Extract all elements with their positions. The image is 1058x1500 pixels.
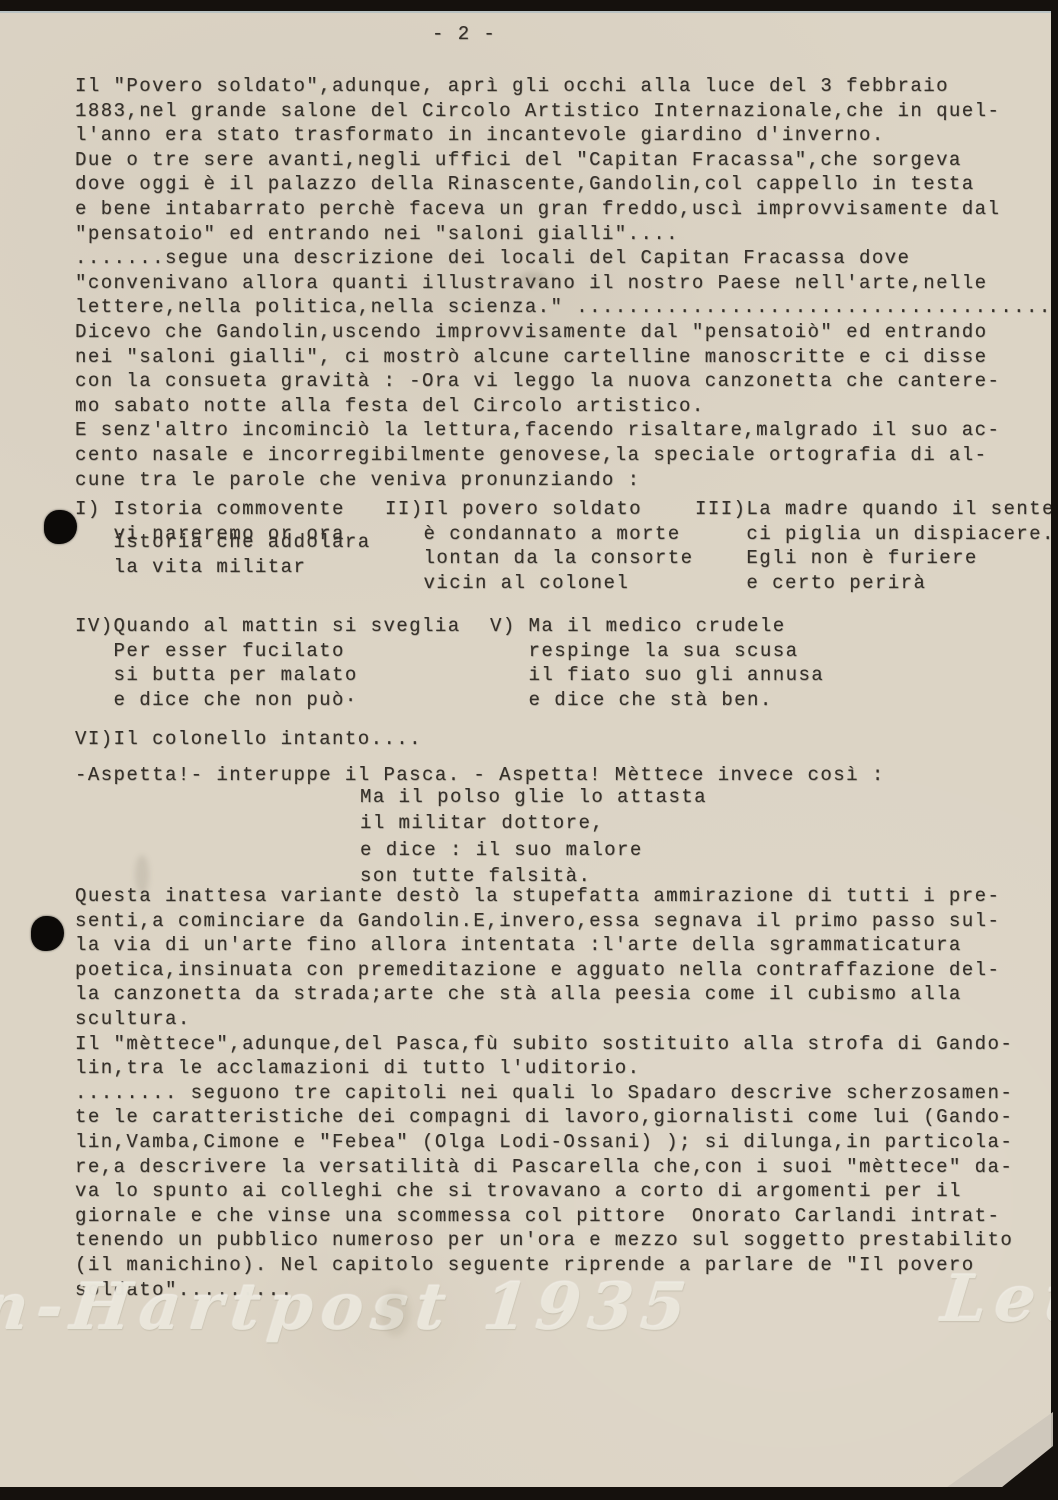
closing-paragraph: Questa inattesa variante destò la stupef… [75,884,1013,1302]
scan-edge-right [1051,0,1058,1500]
text-line: te le caratteristiche dei compagni di la… [75,1105,1013,1130]
paper-smudge [380,1290,410,1336]
text-line: vicin al colonel [385,571,693,596]
text-line: il fiato suo gli annusa [490,663,824,688]
text-line: con la consueta gravità : -Ora vi leggo … [75,369,1058,394]
text-line: Il "Povero soldato",adunque, aprì gli oc… [75,74,1058,99]
text-line: lin,tra le acclamazioni di tutto l'udito… [75,1056,1013,1081]
scan-edge-bottom [0,1487,1058,1500]
scan-edge-top-highlight [0,11,1058,13]
paper-smudge [135,855,149,895]
text-line: istoria che addolara [75,530,371,555]
text-line: tenendo un pubblico numeroso per un'ora … [75,1228,1013,1253]
text-line: l'anno era stato trasformato in incantev… [75,123,1058,148]
ink-blot-top [44,510,77,544]
scan-edge-top [0,0,1058,11]
text-line: "pensatoio" ed entrando nei "saloni gial… [75,222,1058,247]
text-line: è condannato a morte [385,522,693,547]
stanza-ii: II)Il povero soldato è condannato a mort… [385,497,693,595]
text-line: III)La madre quando il sente [695,497,1055,522]
text-line: mo sabato notte alla festa del Circolo a… [75,394,1058,419]
text-line: e dice : il suo malore [360,837,707,863]
text-line: lin,Vamba,Cimone e "Febea" (Olga Lodi-Os… [75,1130,1013,1155]
text-line: Il "mèttece",adunque,del Pasca,fù subito… [75,1032,1013,1057]
stanza-v: V) Ma il medico crudele respinge la sua … [490,614,824,712]
text-line: e certo perirà [695,571,1055,596]
text-line: I) Istoria commovente [75,497,371,522]
text-line: ........ seguono tre capitoli nei quali … [75,1081,1013,1106]
page-number: - 2 - [432,22,496,47]
text-line: cento nasale e incorregibilmente genoves… [75,443,1058,468]
text-line: la canzonetta da strada;arte che stà all… [75,982,1013,1007]
text-line: si butta per malato [75,663,461,688]
text-line: lontan da la consorte [385,546,693,571]
stanza-iii: III)La madre quando il sente ci piglia u… [695,497,1055,595]
stanza-vi: VI)Il colonello intanto.... [75,727,422,752]
text-line: "convenivano allora quanti illustravano … [75,271,1058,296]
text-line: Due o tre sere avanti,negli uffici del "… [75,148,1058,173]
variant-verse: Ma il polso glie lo attastail militar do… [360,784,707,889]
text-line: 1883,nel grande salone del Circolo Artis… [75,99,1058,124]
stanza-iv: IV)Quando al mattin si sveglia Per esser… [75,614,461,712]
stanza-i: I) Istoria commovente vi nareremo or ora… [75,497,371,579]
text-line: la via di un'arte fino allora intentata … [75,933,1013,958]
text-line: scultura. [75,1007,1013,1032]
paper-watermark-right: Leuka [941,1288,1058,1313]
text-line: IV)Quando al mattin si sveglia [75,614,461,639]
text-line: .......segue una descrizione dei locali … [75,246,1058,271]
paper-watermark-left: n-Hartpost 1935 [0,1296,695,1321]
text-line: e bene intabarrato perchè faceva un gran… [75,197,1058,222]
text-line: la vita militar [75,555,371,580]
typewritten-page-scan: - 2 - Il "Povero soldato",adunque, aprì … [0,0,1058,1500]
intro-paragraph: Il "Povero soldato",adunque, aprì gli oc… [75,74,1058,492]
text-line: nei "saloni gialli", ci mostrò alcune ca… [75,345,1058,370]
text-line: Per esser fucilato [75,639,461,664]
text-line: dove oggi è il palazzo della Rinascente,… [75,172,1058,197]
text-line: e dice che non può· [75,688,461,713]
text-line: e dice che stà ben. [490,688,824,713]
text-line: E senz'altro incominciò la lettura,facen… [75,418,1058,443]
ink-blot-bottom [31,916,64,951]
paper-smudge [520,272,546,286]
text-line: cune tra le parole che veniva pronunzian… [75,468,1058,493]
text-line: il militar dottore, [360,810,707,836]
text-line: II)Il povero soldato [385,497,693,522]
text-line: giornale e che vinse una scommessa col p… [75,1204,1013,1229]
text-line: va lo spunto ai colleghi che si trovavan… [75,1179,1013,1204]
text-line: senti,a cominciare da Gandolin.E,invero,… [75,909,1013,934]
text-line: Questa inattesa variante destò la stupef… [75,884,1013,909]
text-line: Egli non è furiere [695,546,1055,571]
text-line: respinge la sua scusa [490,639,824,664]
text-line: lettere,nella politica,nella scienza." .… [75,295,1058,320]
text-line: Ma il polso glie lo attasta [360,784,707,810]
text-line: re,a descrivere la versatilità di Pascar… [75,1155,1013,1180]
text-line: ci piglia un dispiacere. [695,522,1055,547]
text-line: Dicevo che Gandolin,uscendo improvvisame… [75,320,1058,345]
text-line: V) Ma il medico crudele [490,614,824,639]
text-line: poetica,insinuata con premeditazione e a… [75,958,1013,983]
